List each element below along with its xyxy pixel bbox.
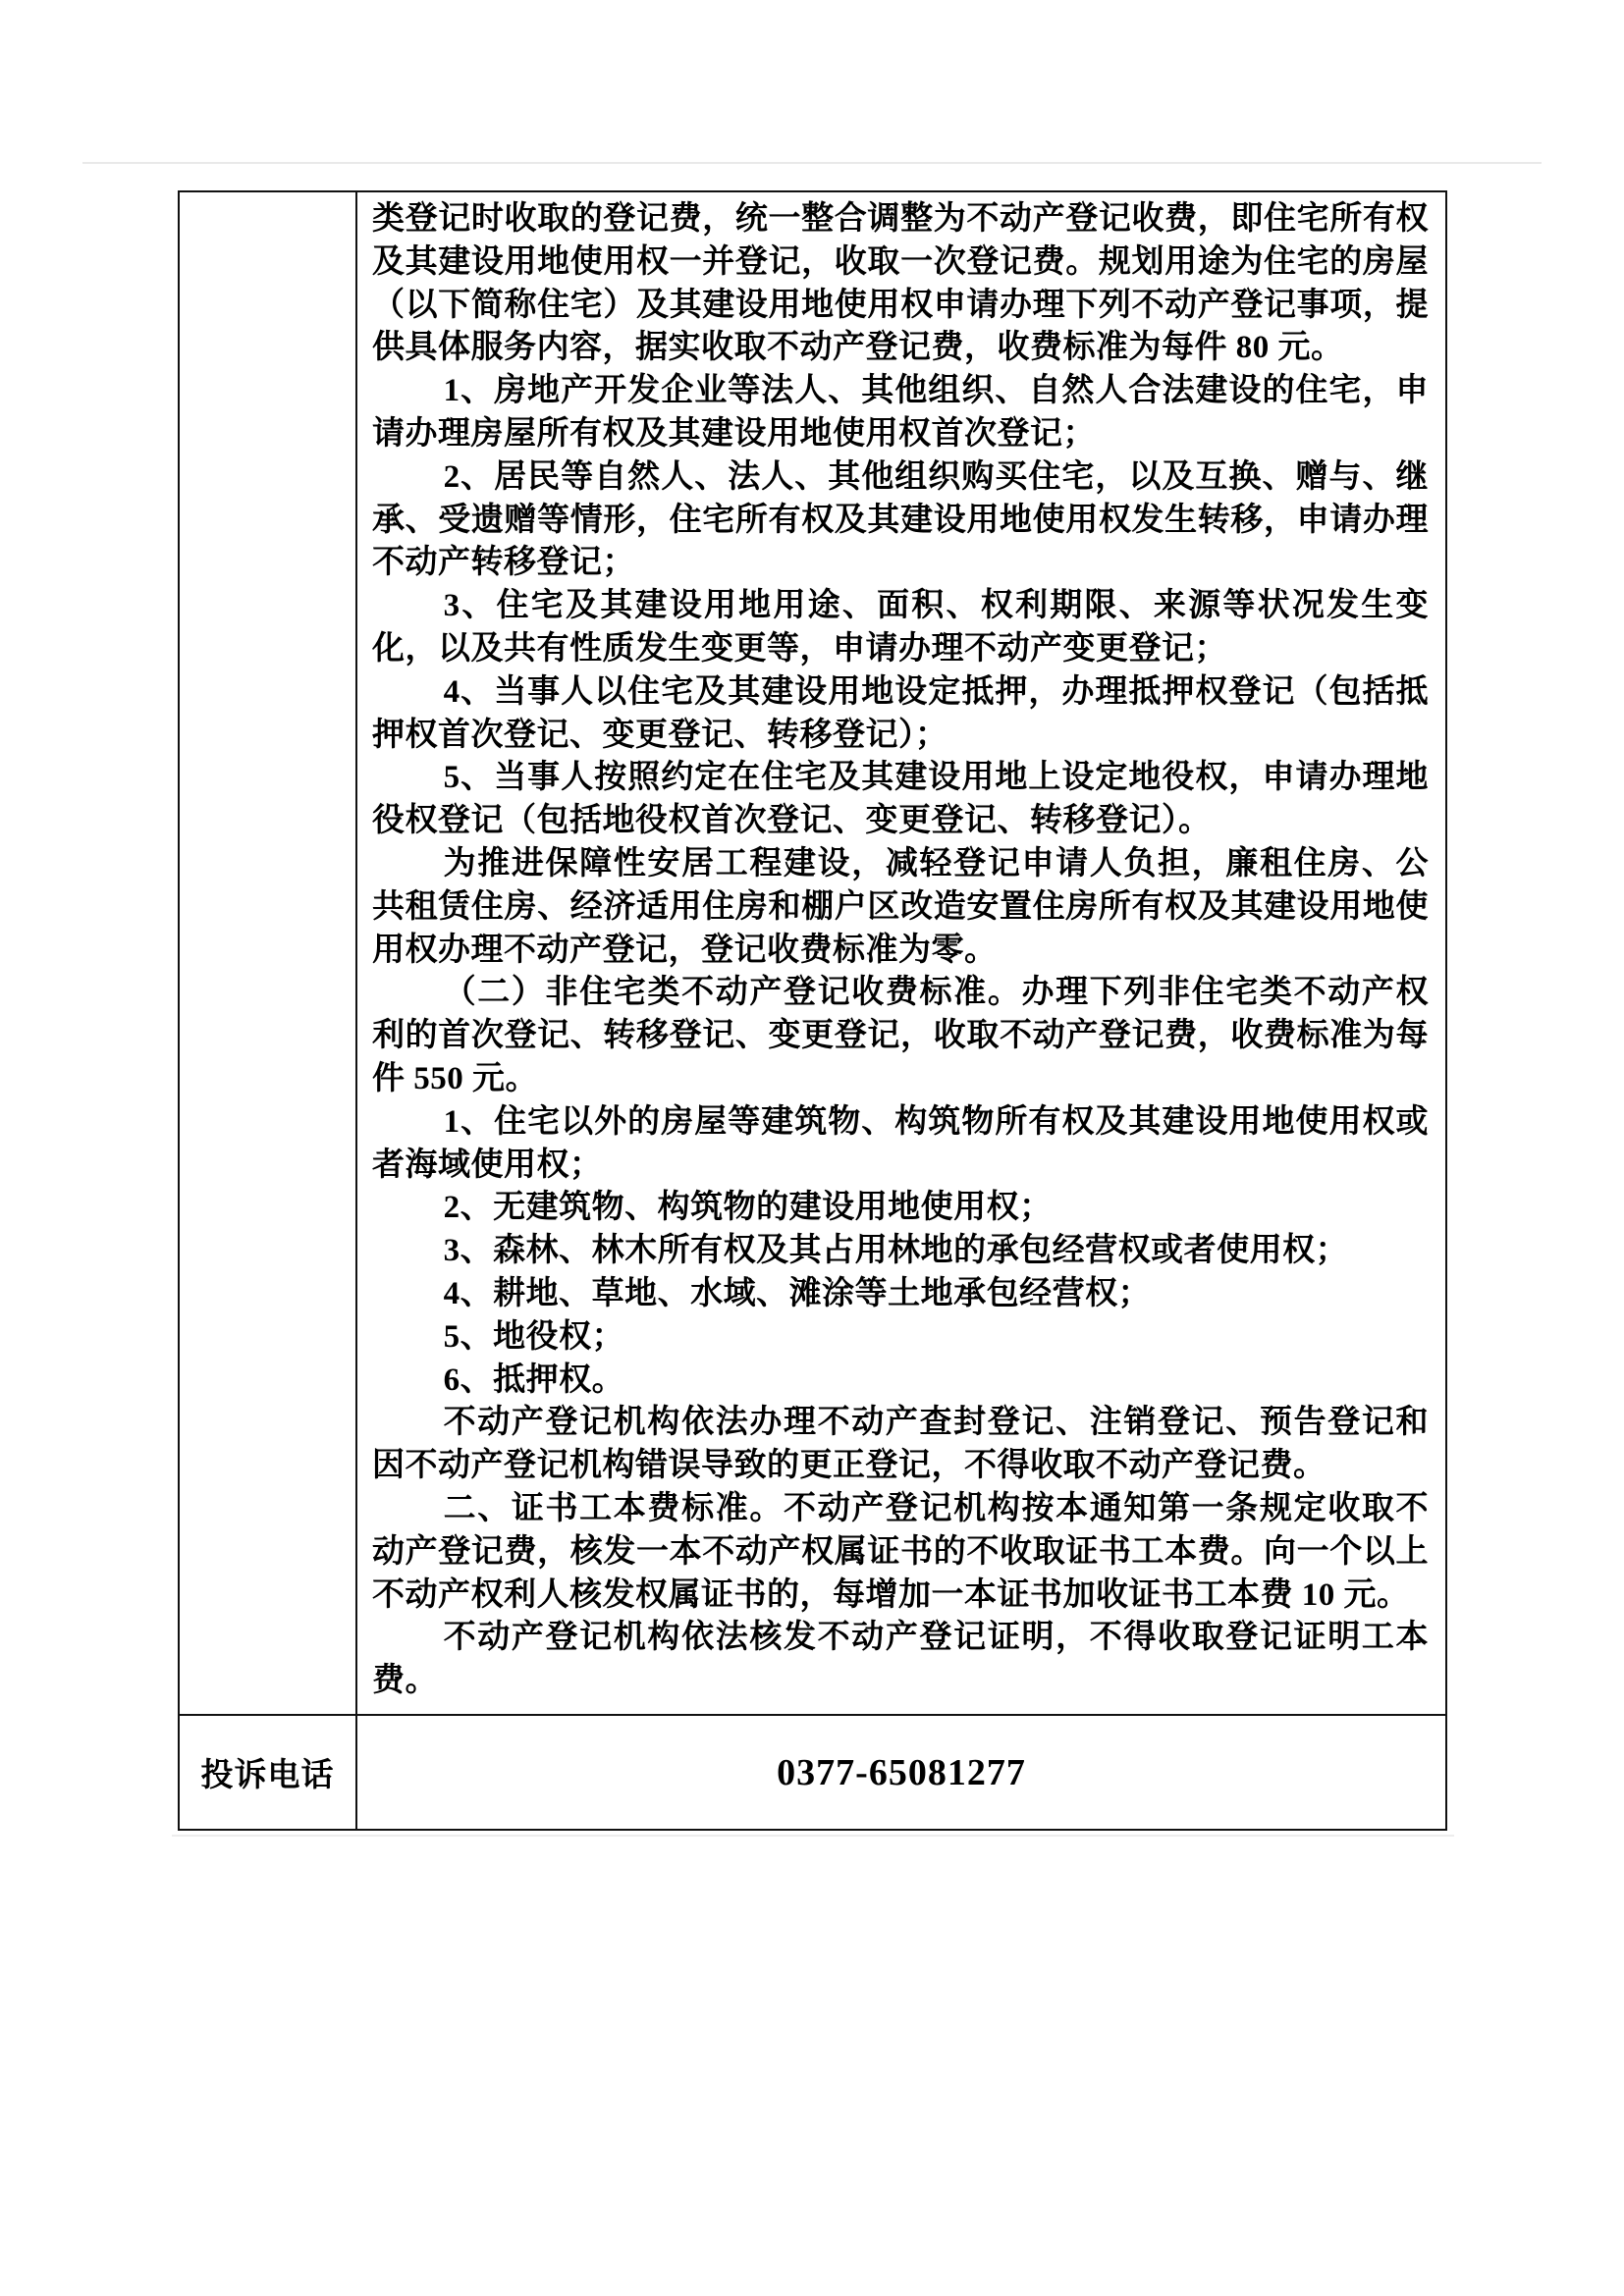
complaint-phone-number: 0377-65081277 bbox=[777, 1751, 1026, 1794]
table-bottom-scan-line bbox=[172, 1835, 1454, 1837]
table-row1-content-cell: 类登记时收取的登记费，统一整合调整为不动产登记收费，即住宅所有权及其建设用地使用… bbox=[357, 192, 1445, 1714]
body-paragraph: （二）非住宅类不动产登记收费标准。办理下列非住宅类不动产权利的首次登记、转移登记… bbox=[372, 972, 1429, 1100]
table-row1-label-cell bbox=[180, 192, 357, 1714]
fee-regulation-table: 类登记时收取的登记费，统一整合调整为不动产登记收费，即住宅所有权及其建设用地使用… bbox=[178, 190, 1447, 1831]
body-paragraph: 5、当事人按照约定在住宅及其建设用地上设定地役权，申请办理地役权登记（包括地役权… bbox=[372, 757, 1429, 843]
body-paragraph: 类登记时收取的登记费，统一整合调整为不动产登记收费，即住宅所有权及其建设用地使用… bbox=[372, 198, 1429, 370]
body-paragraph: 6、抵押权。 bbox=[372, 1360, 1429, 1403]
body-paragraph: 不动产登记机构依法核发不动产登记证明，不得收取登记证明工本费。 bbox=[372, 1617, 1429, 1703]
complaint-phone-value-cell: 0377-65081277 bbox=[357, 1714, 1445, 1829]
body-paragraph: 2、无建筑物、构筑物的建设用地使用权； bbox=[372, 1187, 1429, 1230]
body-paragraph: 二、证书工本费标准。不动产登记机构按本通知第一条规定收取不动产登记费，核发一本不… bbox=[372, 1488, 1429, 1617]
body-paragraph: 不动产登记机构依法办理不动产查封登记、注销登记、预告登记和因不动产登记机构错误导… bbox=[372, 1402, 1429, 1488]
body-paragraph: 4、当事人以住宅及其建设用地设定抵押，办理抵押权登记（包括抵押权首次登记、变更登… bbox=[372, 671, 1429, 758]
complaint-phone-label-cell: 投诉电话 bbox=[180, 1714, 357, 1829]
body-paragraph: 3、住宅及其建设用地用途、面积、权利期限、来源等状况发生变化，以及共有性质发生变… bbox=[372, 585, 1429, 671]
body-paragraph: 1、房地产开发企业等法人、其他组织、自然人合法建设的住宅，申请办理房屋所有权及其… bbox=[372, 370, 1429, 456]
page-top-scan-line bbox=[82, 162, 1542, 164]
body-paragraph: 4、耕地、草地、水域、滩涂等土地承包经营权； bbox=[372, 1273, 1429, 1316]
body-paragraph: 1、住宅以外的房屋等建筑物、构筑物所有权及其建设用地使用权或者海域使用权； bbox=[372, 1101, 1429, 1188]
body-paragraph: 5、地役权； bbox=[372, 1316, 1429, 1360]
body-paragraph: 2、居民等自然人、法人、其他组织购买住宅，以及互换、赠与、继承、受遗赠等情形，住… bbox=[372, 456, 1429, 585]
body-paragraph: 3、森林、林木所有权及其占用林地的承包经营权或者使用权； bbox=[372, 1230, 1429, 1273]
body-paragraph: 为推进保障性安居工程建设，减轻登记申请人负担，廉租住房、公共租赁住房、经济适用住… bbox=[372, 843, 1429, 972]
complaint-phone-label: 投诉电话 bbox=[201, 1749, 335, 1795]
